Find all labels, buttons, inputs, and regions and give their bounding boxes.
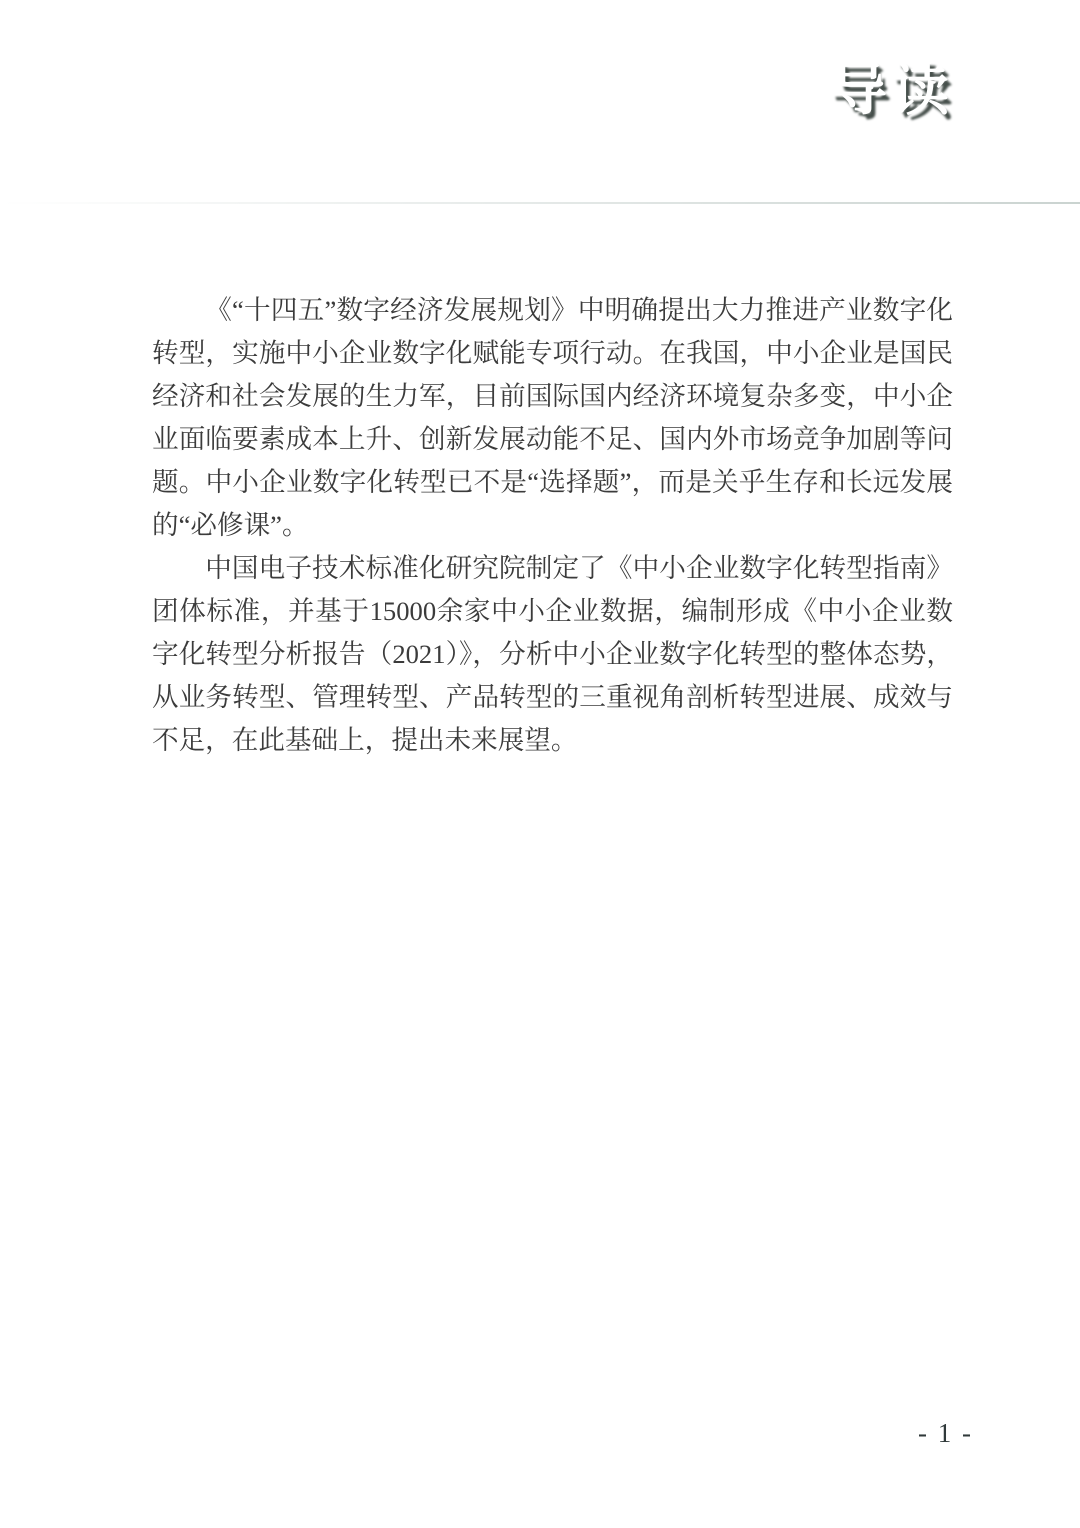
body-text: 《“十四五”数字经济发展规划》中明确提出大力推进产业数字化转型，实施中小企业数字…: [152, 289, 953, 762]
header-banner: 导读: [0, 0, 1080, 204]
paragraph: 《“十四五”数字经济发展规划》中明确提出大力推进产业数字化转型，实施中小企业数字…: [152, 289, 953, 547]
document-page: 导读 《“十四五”数字经济发展规划》中明确提出大力推进产业数字化转型，实施中小企…: [0, 0, 1080, 1528]
paragraph: 中国电子技术标准化研究院制定了《中小企业数字化转型指南》团体标准，并基于1500…: [152, 547, 953, 762]
page-title: 导读: [830, 62, 954, 119]
page-number: - 1 -: [918, 1418, 973, 1449]
